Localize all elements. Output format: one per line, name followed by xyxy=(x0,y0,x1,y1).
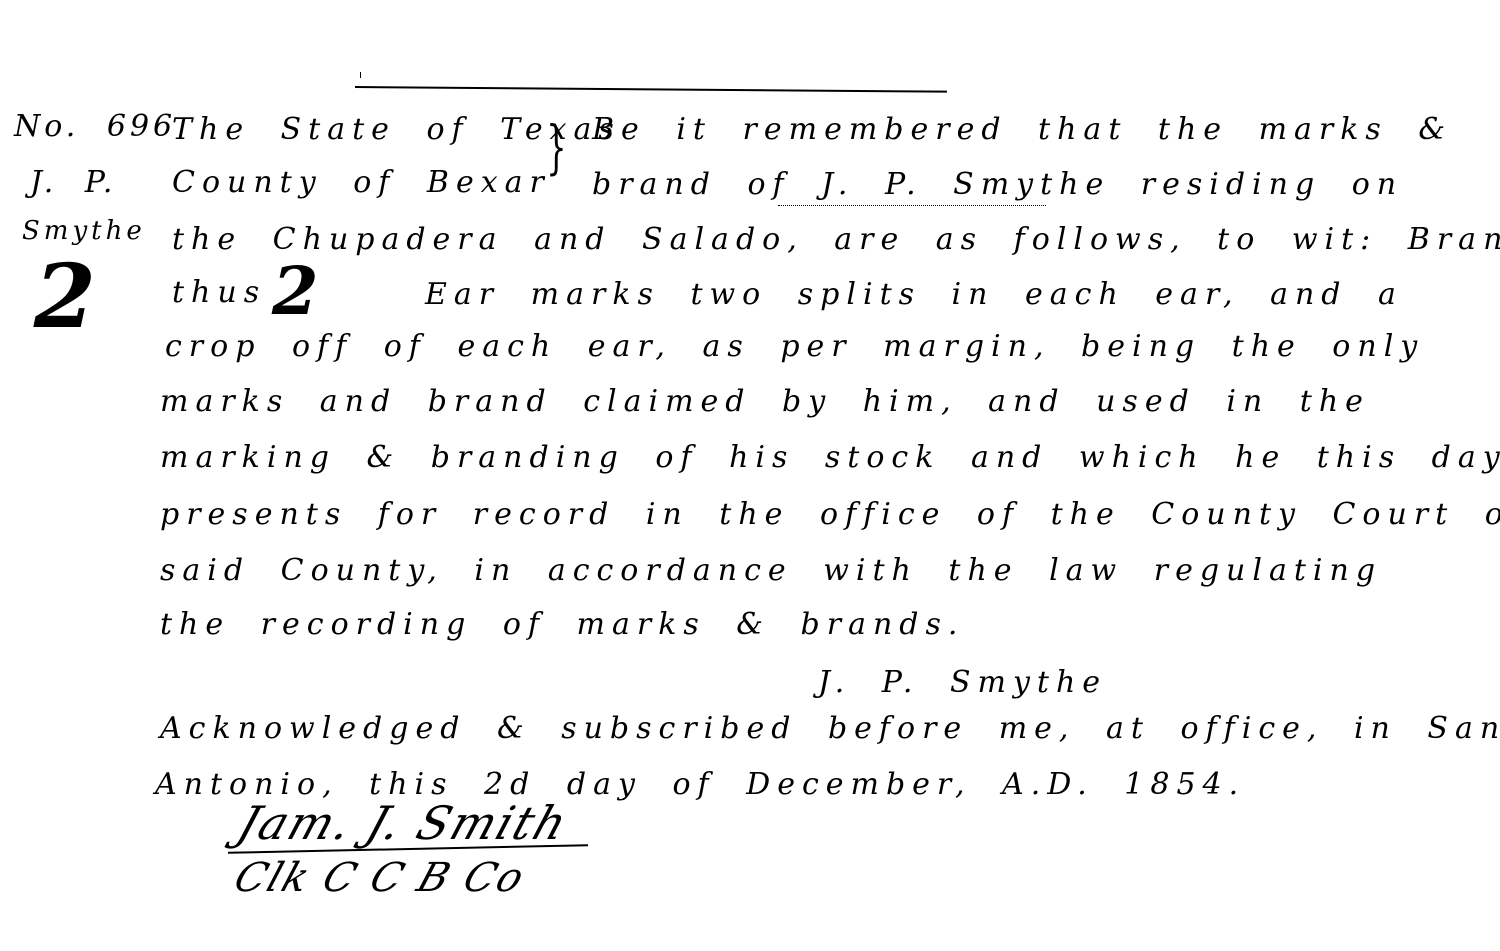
body-line-2: brand of J. P. Smythe residing on xyxy=(592,170,1403,200)
inline-brand-mark: 2 xyxy=(265,258,325,324)
body-line-9: said County, in accordance with the law … xyxy=(160,556,1382,586)
body-line-5: crop off of each ear, as per margin, bei… xyxy=(165,332,1424,362)
body-line-10: the recording of marks & brands. xyxy=(160,610,964,640)
margin-owner-initials: J. P. xyxy=(30,168,116,198)
margin-owner-surname: Smythe xyxy=(22,218,146,244)
header-rule-tick xyxy=(360,72,361,78)
clerk-title: Clk C C B Co xyxy=(230,858,531,898)
owner-name-underline xyxy=(778,205,1046,207)
body-line-6: marks and brand claimed by him, and used… xyxy=(160,387,1370,417)
body-line-8: presents for record in the office of the… xyxy=(160,500,1500,530)
owner-signature: J. P. Smythe xyxy=(818,668,1107,698)
record-number: No. 696 xyxy=(14,112,176,142)
body-line-1: Be it remembered that the marks & xyxy=(592,115,1452,145)
body-line-7: marking & branding of his stock and whic… xyxy=(160,443,1500,473)
body-line-4-earmarks: Ear marks two splits in each ear, and a xyxy=(425,280,1403,310)
clerk-signature: Jam. J. Smith xyxy=(233,800,575,846)
margin-brand-mark: 2 xyxy=(25,252,105,340)
acknowledgment-line-1: Acknowledged & subscribed before me, at … xyxy=(160,714,1500,744)
header-rule xyxy=(355,86,947,93)
body-line-3: the Chupadera and Salado, are as follows… xyxy=(172,225,1500,255)
body-line-4-thus: thus xyxy=(172,278,266,308)
brace-icon: } xyxy=(546,118,566,176)
header-county: County of Bexar xyxy=(172,168,551,198)
